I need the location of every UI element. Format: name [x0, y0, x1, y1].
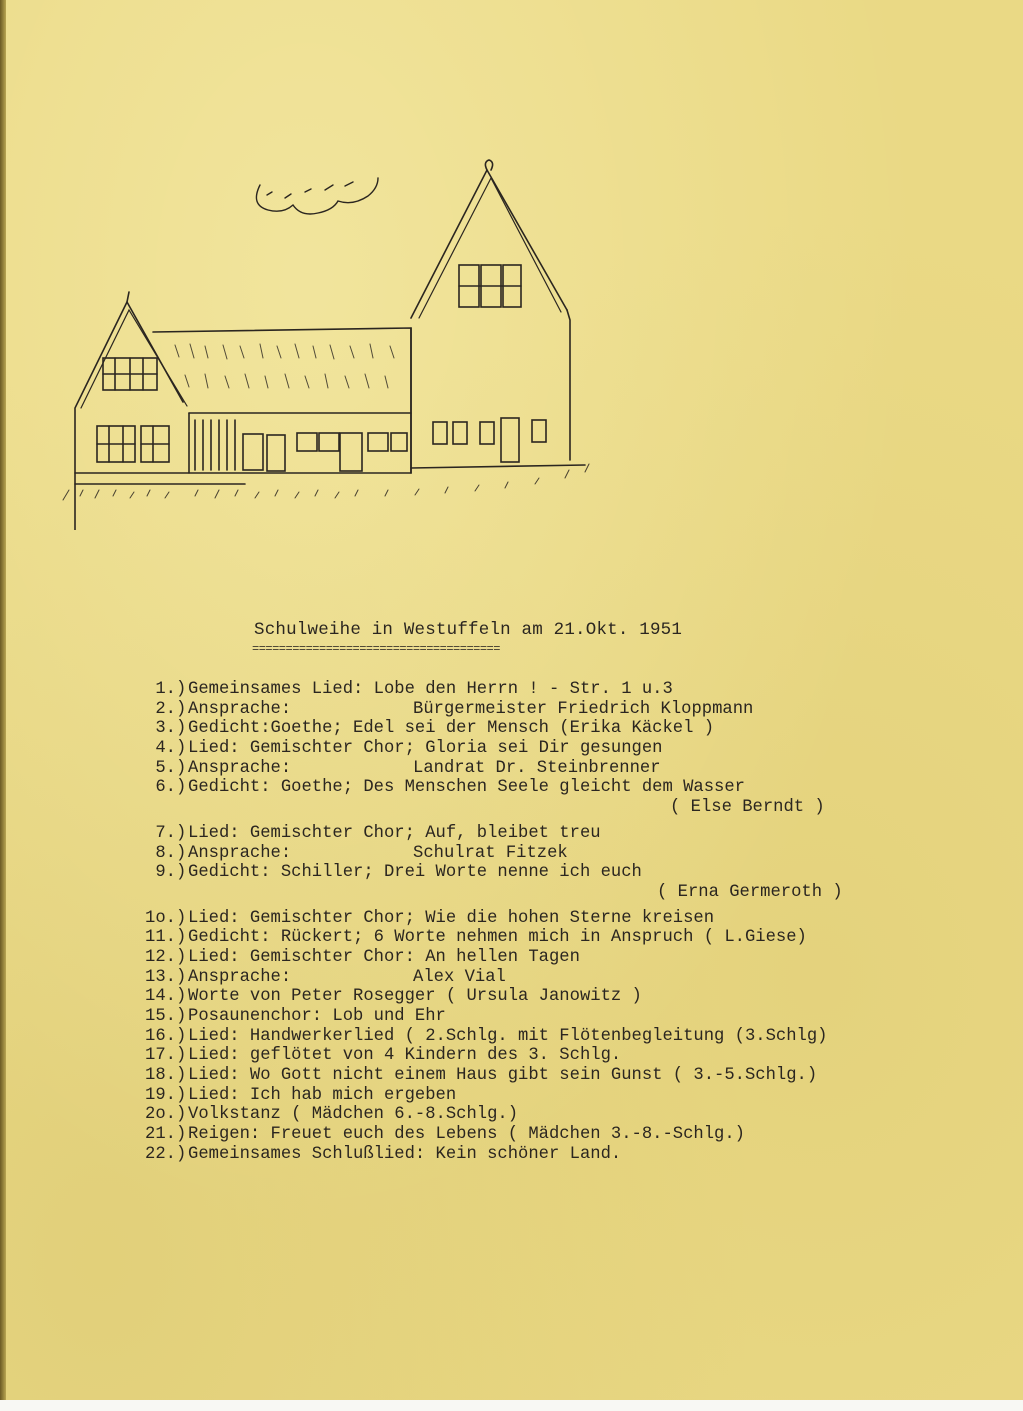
program-item: 1.)Gemeinsames Lied: Lobe den Herrn ! - …: [132, 680, 992, 700]
item-number: 19.: [132, 1086, 176, 1106]
item-continuation: ( Erna Germeroth ): [132, 883, 992, 903]
item-number: 9.: [132, 863, 176, 883]
item-speaker: Bürgermeister Friedrich Kloppmann: [413, 700, 753, 720]
item-brace: ): [176, 1066, 188, 1086]
item-text: Lied: geflötet von 4 Kindern des 3. Schl…: [188, 1046, 621, 1065]
item-brace: ): [176, 1007, 188, 1027]
item-text: Ansprache:: [188, 700, 291, 719]
program-item: 17.)Lied: geflötet von 4 Kindern des 3. …: [132, 1046, 992, 1066]
item-text: Gemeinsames Lied: Lobe den Herrn ! - Str…: [188, 680, 673, 699]
program-item: 15.)Posaunenchor: Lob und Ehr: [132, 1007, 992, 1027]
item-text: Ansprache:: [188, 968, 291, 987]
item-speaker: Alex Vial: [413, 968, 506, 988]
program-item: 14.)Worte von Peter Rosegger ( Ursula Ja…: [132, 987, 992, 1007]
ground-hatching: [63, 464, 589, 500]
item-number: 13.: [132, 968, 176, 988]
program-item: 2.)Ansprache:Bürgermeister Friedrich Klo…: [132, 700, 992, 720]
item-number: 2.: [132, 700, 176, 720]
item-brace: ): [176, 968, 188, 988]
program-item: 7.)Lied: Gemischter Chor; Auf, bleibet t…: [132, 824, 992, 844]
program-list: 1.)Gemeinsames Lied: Lobe den Herrn ! - …: [132, 680, 992, 1165]
right-gable: [411, 160, 585, 473]
item-number: 21.: [132, 1125, 176, 1145]
item-brace: ): [176, 824, 188, 844]
item-brace: ): [176, 1086, 188, 1106]
program-item: 19.)Lied: Ich hab mich ergeben: [132, 1086, 992, 1106]
program-item: 3.)Gedicht:Goethe; Edel sei der Mensch (…: [132, 719, 992, 739]
item-number: 1o.: [132, 909, 176, 929]
paper-edge: [0, 0, 6, 1400]
item-speaker: Landrat Dr. Steinbrenner: [413, 759, 661, 779]
item-brace: ): [176, 928, 188, 948]
program-item: 4.)Lied: Gemischter Chor; Gloria sei Dir…: [132, 739, 992, 759]
item-brace: ): [176, 909, 188, 929]
program-item: 11.)Gedicht: Rückert; 6 Worte nehmen mic…: [132, 928, 992, 948]
item-number: 5.: [132, 759, 176, 779]
item-number: 7.: [132, 824, 176, 844]
item-number: 12.: [132, 948, 176, 968]
item-number: 17.: [132, 1046, 176, 1066]
item-brace: ): [176, 948, 188, 968]
item-number: 4.: [132, 739, 176, 759]
item-brace: ): [176, 1105, 188, 1125]
item-number: 2o.: [132, 1105, 176, 1125]
item-number: 1.: [132, 680, 176, 700]
item-text: Lied: Gemischter Chor; Wie die hohen Ste…: [188, 909, 714, 928]
performer-name: ( Erna Germeroth ): [657, 883, 843, 903]
item-number: 15.: [132, 1007, 176, 1027]
item-text: Lied: Gemischter Chor; Auf, bleibet treu: [188, 824, 601, 843]
program-item: 9.)Gedicht: Schiller; Drei Worte nenne i…: [132, 863, 992, 883]
item-number: 8.: [132, 844, 176, 864]
left-gable: [75, 292, 187, 530]
item-brace: ): [176, 844, 188, 864]
program-item: 1o.)Lied: Gemischter Chor; Wie die hohen…: [132, 909, 992, 929]
program-item: 18.)Lied: Wo Gott nicht einem Haus gibt …: [132, 1066, 992, 1086]
item-continuation: ( Else Berndt ): [132, 798, 992, 818]
cloud-icon: [256, 178, 378, 214]
item-brace: ): [176, 778, 188, 798]
item-number: 11.: [132, 928, 176, 948]
item-text: Worte von Peter Rosegger ( Ursula Janowi…: [188, 987, 642, 1006]
item-speaker: Schulrat Fitzek: [413, 844, 568, 864]
item-brace: ): [176, 1145, 188, 1165]
item-text: Lied: Ich hab mich ergeben: [188, 1086, 456, 1105]
performer-name: ( Else Berndt ): [670, 798, 825, 818]
program-item: 6.)Gedicht: Goethe; Des Menschen Seele g…: [132, 778, 992, 798]
item-text: Lied: Wo Gott nicht einem Haus gibt sein…: [188, 1066, 817, 1085]
program-item: 16.)Lied: Handwerkerlied ( 2.Schlg. mit …: [132, 1027, 992, 1047]
item-number: 14.: [132, 987, 176, 1007]
item-text: Gedicht: Rückert; 6 Worte nehmen mich in…: [188, 928, 807, 947]
item-number: 6.: [132, 778, 176, 798]
item-text: Gedicht: Goethe; Des Menschen Seele glei…: [188, 778, 745, 797]
program-item: 12.)Lied: Gemischter Chor: An hellen Tag…: [132, 948, 992, 968]
item-text: Ansprache:: [188, 844, 291, 863]
item-text: Ansprache:: [188, 759, 291, 778]
title-underline: =====================================: [252, 646, 500, 652]
scan-margin: [0, 1400, 1023, 1411]
program-item: 22.)Gemeinsames Schlußlied: Kein schöner…: [132, 1145, 992, 1165]
item-text: Lied: Gemischter Chor: An hellen Tagen: [188, 948, 580, 967]
item-brace: ): [176, 1027, 188, 1047]
item-number: 3.: [132, 719, 176, 739]
program-item: 5.)Ansprache:Landrat Dr. Steinbrenner: [132, 759, 992, 779]
item-brace: ): [176, 987, 188, 1007]
program-item: 21.)Reigen: Freuet euch des Lebens ( Mäd…: [132, 1125, 992, 1145]
item-brace: ): [176, 1125, 188, 1145]
item-brace: ): [176, 863, 188, 883]
item-text: Reigen: Freuet euch des Lebens ( Mädchen…: [188, 1125, 745, 1144]
item-number: 22.: [132, 1145, 176, 1165]
program-item: 2o.)Volkstanz ( Mädchen 6.-8.Schlg.): [132, 1105, 992, 1125]
item-text: Lied: Gemischter Chor; Gloria sei Dir ge…: [188, 739, 662, 758]
item-text: Volkstanz ( Mädchen 6.-8.Schlg.): [188, 1105, 518, 1124]
item-text: Gedicht: Schiller; Drei Worte nenne ich …: [188, 863, 642, 882]
item-brace: ): [176, 719, 188, 739]
item-text: Gemeinsames Schlußlied: Kein schöner Lan…: [188, 1145, 621, 1164]
program-item: 8.)Ansprache:Schulrat Fitzek: [132, 844, 992, 864]
program-item: 13.)Ansprache:Alex Vial: [132, 968, 992, 988]
item-brace: ): [176, 1046, 188, 1066]
middle-wing: [75, 328, 411, 484]
item-brace: ): [176, 759, 188, 779]
item-text: Gedicht:Goethe; Edel sei der Mensch (Eri…: [188, 719, 714, 738]
item-brace: ): [176, 700, 188, 720]
item-number: 18.: [132, 1066, 176, 1086]
school-building-illustration: [55, 150, 935, 530]
item-number: 16.: [132, 1027, 176, 1047]
item-text: Posaunenchor: Lob und Ehr: [188, 1007, 446, 1026]
item-brace: ): [176, 680, 188, 700]
page-title: Schulweihe in Westuffeln am 21.Okt. 1951: [254, 620, 682, 640]
item-text: Lied: Handwerkerlied ( 2.Schlg. mit Flöt…: [188, 1027, 827, 1046]
item-brace: ): [176, 739, 188, 759]
